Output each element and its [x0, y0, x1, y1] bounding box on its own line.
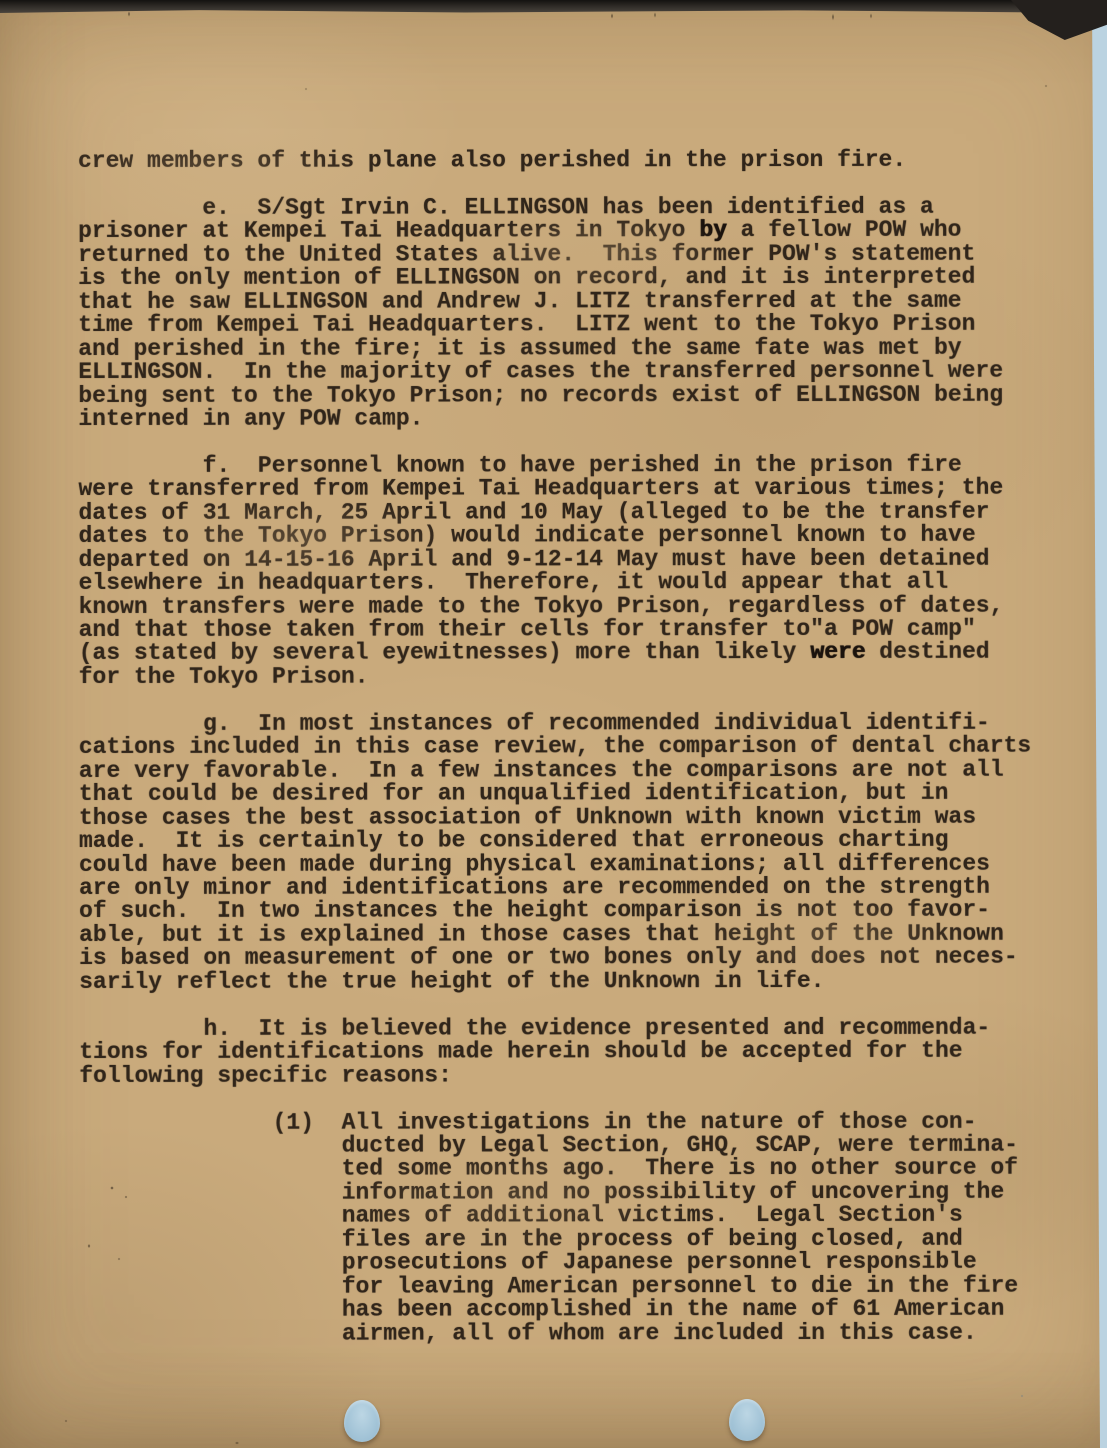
typed-line: for the Tokyo Prison. [79, 665, 1031, 690]
typed-line: crew members of this plane also perished… [78, 149, 1030, 174]
typed-line: airmen, all of whom are included in this… [80, 1321, 1032, 1346]
punch-hole-left [344, 1400, 380, 1442]
typed-line: tions for identifications made herein sh… [79, 1040, 1031, 1065]
paper-sheet: crew members of this plane also perished… [0, 0, 1107, 1448]
typed-text: crew members of this plane also perished… [78, 149, 1032, 1346]
typed-line: sarily reflect the true height of the Un… [79, 969, 1031, 994]
typed-line: is based on measurement of one or two bo… [79, 946, 1031, 971]
typed-line: interned in any POW camp. [78, 407, 1030, 432]
punch-hole-right [729, 1399, 765, 1441]
typed-line: being sent to the Tokyo Prison; no recor… [78, 383, 1030, 408]
scanned-page: crew members of this plane also perished… [0, 0, 1107, 1448]
typed-line: following specific reasons: [79, 1063, 1031, 1088]
typed-line: (as stated by several eyewitnesses) more… [79, 641, 1031, 666]
